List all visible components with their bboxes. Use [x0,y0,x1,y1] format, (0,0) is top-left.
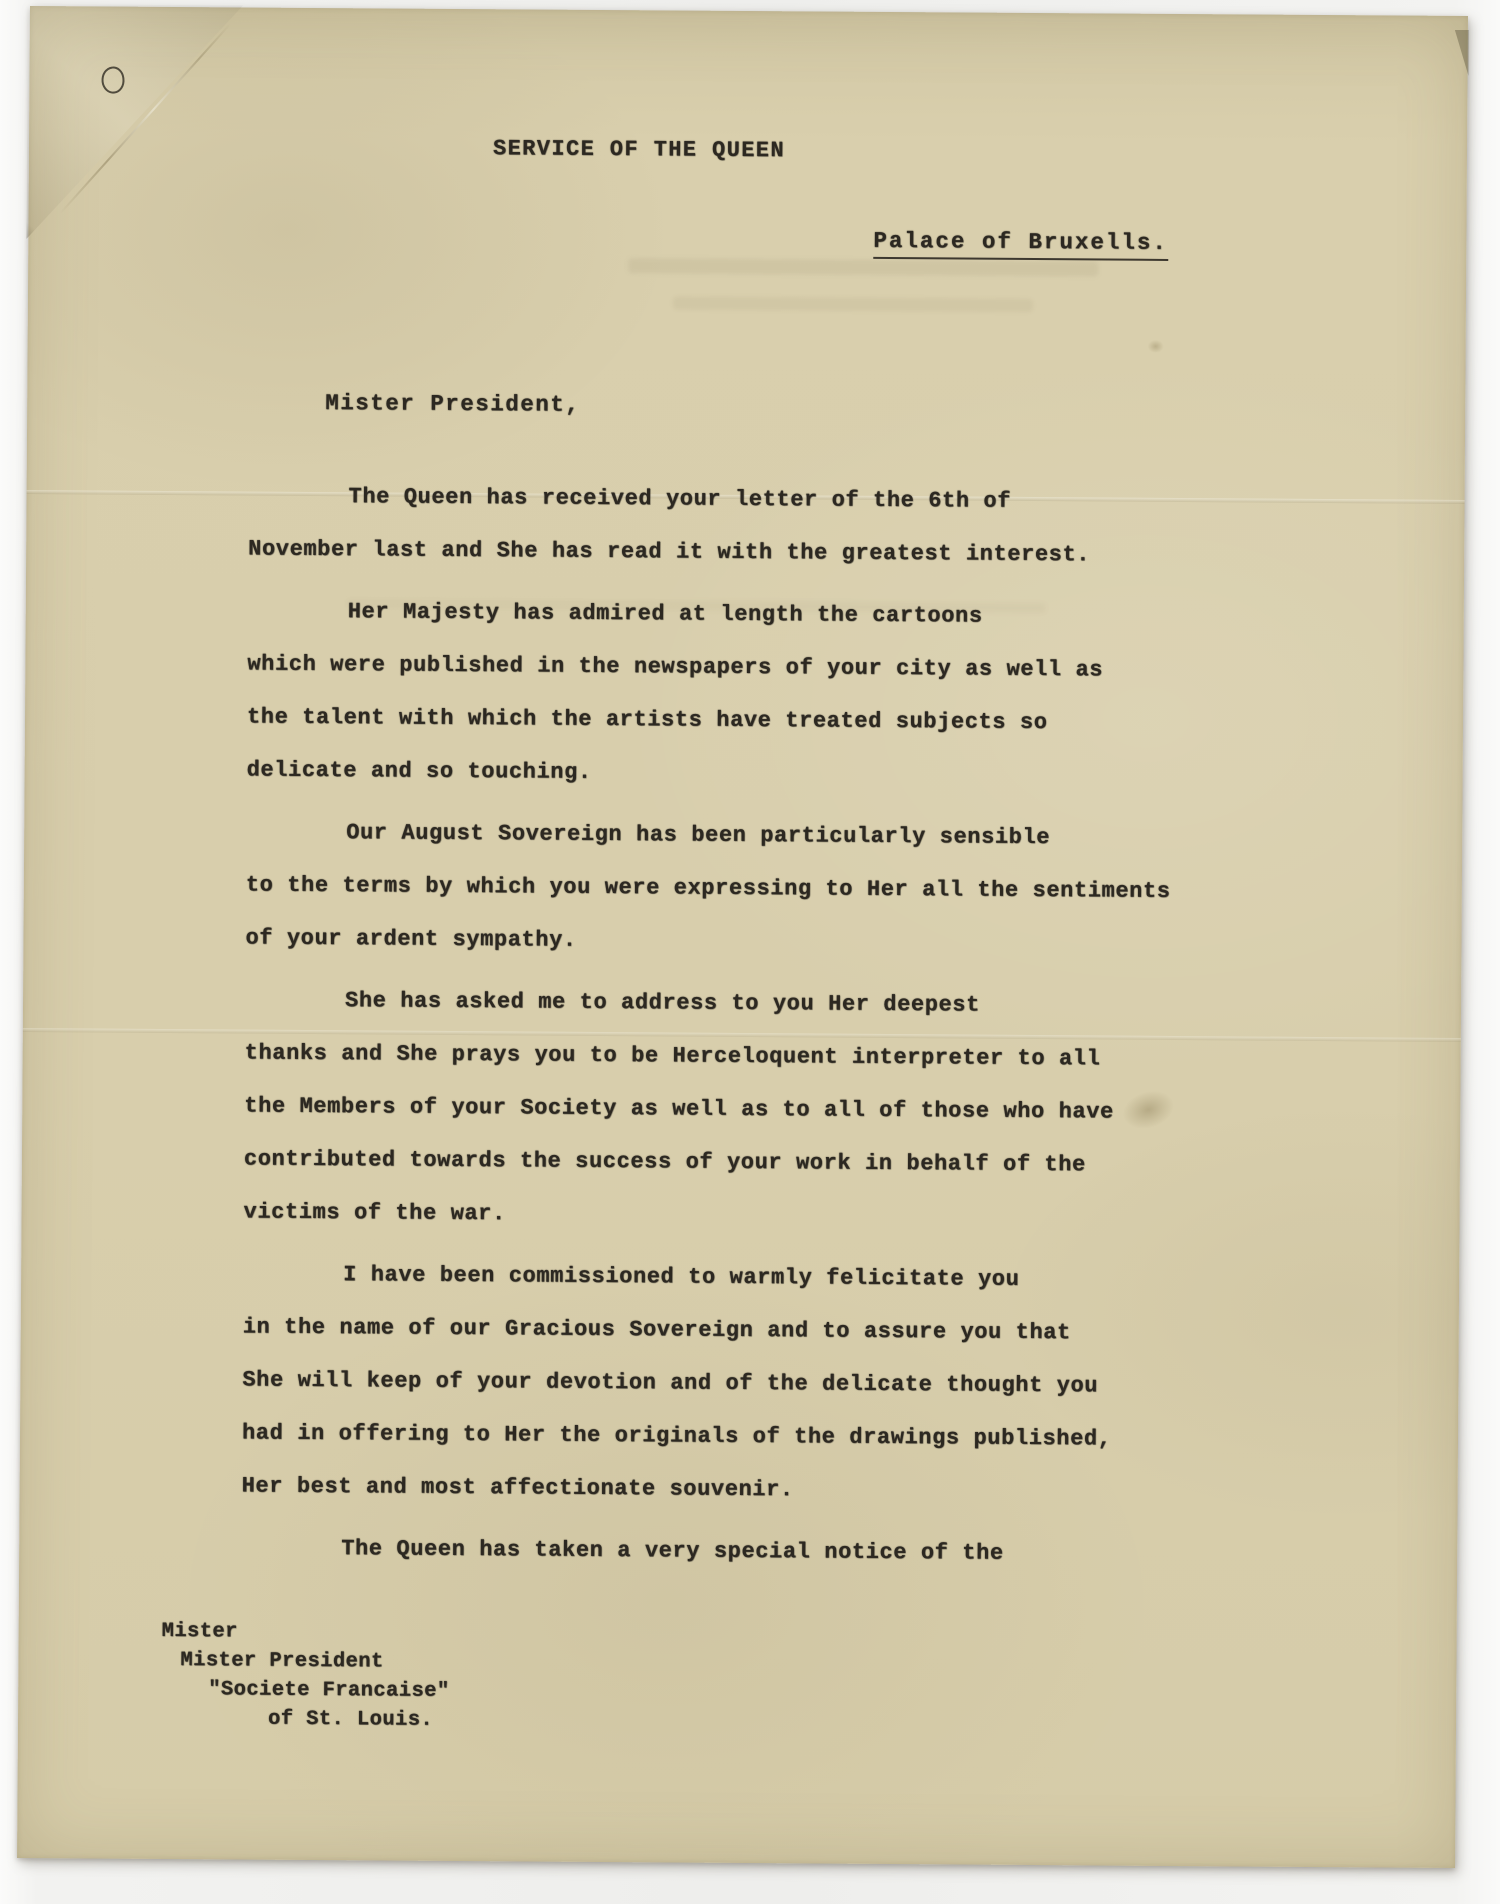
paper-stain [1148,340,1164,353]
address-line: Mister [162,1617,451,1648]
paragraph: I have been commissioned to warmly felic… [241,1248,1233,1520]
address-line: of St. Louis. [268,1705,450,1735]
paragraph: She has asked me to address to you Her d… [243,974,1235,1246]
paragraph: Her Majesty has admired at length the ca… [246,585,1237,804]
letter-line: Her best and most affectionate souvenir. [241,1460,1231,1520]
letter-line: Her Majesty has admired at length the ca… [248,585,1238,645]
letter-line: Our August Sovereign has been particular… [246,806,1236,866]
letter-body: The Queen has received your letter of th… [241,470,1239,1591]
letter-line: the talent with which the artists have t… [247,691,1237,751]
letter-line: The Queen has received your letter of th… [248,470,1238,530]
place-line: Palace of Bruxells. [873,228,1168,261]
letter-line: contributed towards the success of your … [244,1133,1234,1193]
letter-line: She will keep of your devotion and of th… [242,1354,1232,1414]
address-line: "Societe Francaise" [208,1675,450,1706]
letter-line: The Queen has taken a very special notic… [241,1522,1231,1582]
paragraph: The Queen has taken a very special notic… [241,1522,1231,1582]
folded-corner [26,4,243,240]
letter-line: thanks and She prays you to be Herceloqu… [245,1027,1235,1087]
letter-line: delicate and so touching. [246,744,1236,804]
letter-line: November last and She has read it with t… [248,523,1238,583]
letter-line: of your ardent sympathy. [245,912,1235,972]
salutation: Mister President, [325,390,580,418]
ink-bleed-through [628,258,1098,276]
letterhead-title: SERVICE OF THE QUEEN [493,136,785,163]
paragraph: Our August Sovereign has been particular… [245,806,1236,972]
scanner-background: SERVICE OF THE QUEEN Palace of Bruxells.… [0,0,1500,1904]
letter-line: which were published in the newspapers o… [247,638,1237,698]
letter-line: to the terms by which you were expressin… [246,859,1236,919]
letter-paper: SERVICE OF THE QUEEN Palace of Bruxells.… [17,6,1468,1868]
letter-line: the Members of your Society as well as t… [244,1080,1234,1140]
letter-line: She has asked me to address to you Her d… [245,974,1235,1034]
letter-line: in the name of our Gracious Sovereign an… [243,1301,1233,1361]
corner-curl [1455,30,1469,76]
letter-line: I have been commissioned to warmly felic… [243,1248,1233,1308]
letter-line: victims of the war. [243,1186,1233,1246]
address-line: Mister President [180,1646,450,1677]
letter-line: had in offering to Her the originals of … [242,1407,1232,1467]
recipient-address-block: MisterMister President"Societe Francaise… [161,1617,450,1735]
paragraph: The Queen has received your letter of th… [248,470,1239,583]
ink-bleed-through [673,296,1033,312]
